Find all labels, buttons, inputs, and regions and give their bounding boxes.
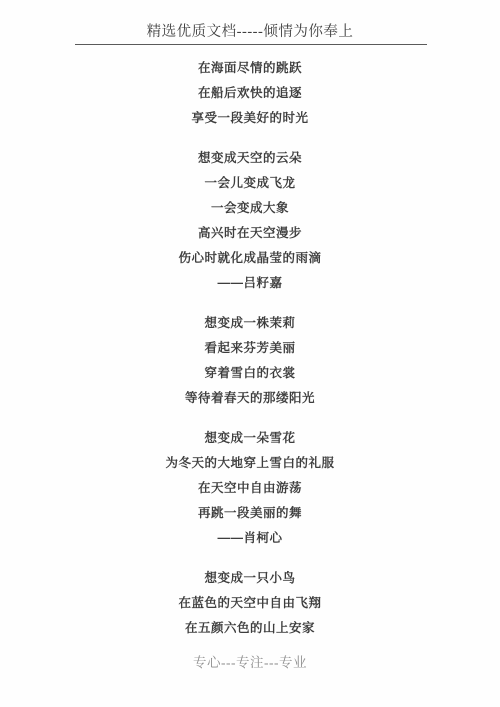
poem-line: 高兴时在天空漫步 [0,221,500,246]
poem-line: 等待着春天的那缕阳光 [0,386,500,411]
poem-line: 在五颜六色的山上安家 [0,616,500,641]
author-attribution: ——吕籽嘉 [0,271,500,296]
document-footer: 专心---专注---专业 [0,651,500,671]
stanza: 想变成一株茉莉看起来芬芳美丽穿着雪白的衣裳等待着春天的那缕阳光 [0,311,500,411]
poem-line: 看起来芬芳美丽 [0,336,500,361]
poem-line: 在船后欢快的追逐 [0,81,500,106]
poem-line: 想变成一只小鸟 [0,566,500,591]
document-page: 精选优质文档-----倾情为你奉上 在海面尽情的跳跃在船后欢快的追逐享受一段美好… [0,0,500,707]
stanza: 在海面尽情的跳跃在船后欢快的追逐享受一段美好的时光 [0,56,500,131]
header-divider-line [75,44,427,45]
poem: 在海面尽情的跳跃在船后欢快的追逐享受一段美好的时光想变成天空的云朵一会儿变成飞龙… [0,56,500,656]
poem-line: 想变成一株茉莉 [0,311,500,336]
poem-line: 穿着雪白的衣裳 [0,361,500,386]
poem-line: 一会变成大象 [0,196,500,221]
poem-line: 在蓝色的天空中自由飞翔 [0,591,500,616]
poem-line: 一会儿变成飞龙 [0,171,500,196]
stanza: 想变成天空的云朵一会儿变成飞龙一会变成大象高兴时在天空漫步伤心时就化成晶莹的雨滴… [0,146,500,296]
poem-line: 想变成天空的云朵 [0,146,500,171]
poem-line: 在天空中自由游荡 [0,476,500,501]
poem-line: 想变成一朵雪花 [0,426,500,451]
author-attribution: ——肖柯心 [0,526,500,551]
stanza: 想变成一朵雪花为冬天的大地穿上雪白的礼服在天空中自由游荡再跳一段美丽的舞——肖柯… [0,426,500,551]
document-header: 精选优质文档-----倾情为你奉上 [0,20,500,41]
poem-line: 在海面尽情的跳跃 [0,56,500,81]
stanza: 想变成一只小鸟在蓝色的天空中自由飞翔在五颜六色的山上安家 [0,566,500,641]
poem-line: 再跳一段美丽的舞 [0,501,500,526]
poem-line: 享受一段美好的时光 [0,106,500,131]
poem-line: 为冬天的大地穿上雪白的礼服 [0,451,500,476]
poem-line: 伤心时就化成晶莹的雨滴 [0,246,500,271]
